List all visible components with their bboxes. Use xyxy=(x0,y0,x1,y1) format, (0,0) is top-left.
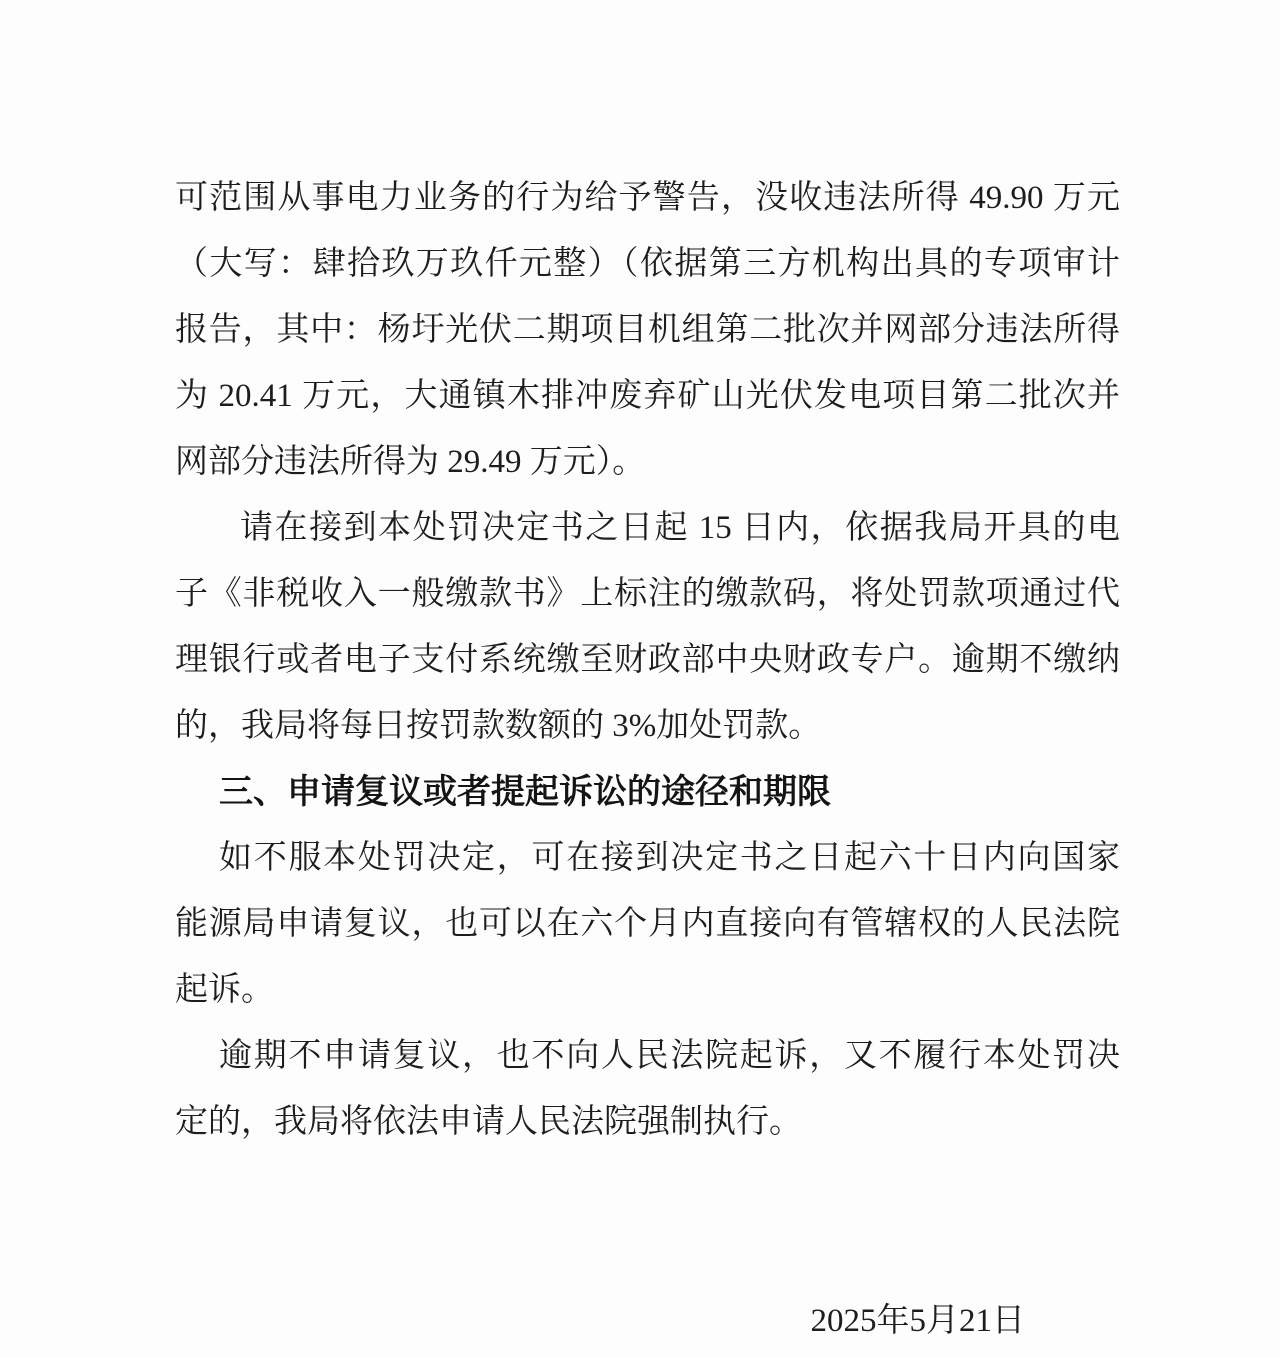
paragraph-line: 逾期不申请复议，也不向人民法院起诉，又不履行本处罚决 xyxy=(175,1023,1120,1089)
paragraph-line: 定的，我局将依法申请人民法院强制执行。 xyxy=(175,1089,1120,1155)
section-heading: 三、申请复议或者提起诉讼的途径和期限 xyxy=(175,759,1120,825)
paragraph-line: 可范围从事电力业务的行为给予警告，没收违法所得 49.90 万元 xyxy=(175,165,1120,231)
paragraph-line: 理银行或者电子支付系统缴至财政部中央财政专户。逾期不缴纳 xyxy=(175,627,1120,693)
paragraph-line: 起诉。 xyxy=(175,957,1120,1023)
paragraph-line: 能源局申请复议，也可以在六个月内直接向有管辖权的人民法院 xyxy=(175,891,1120,957)
paragraph-line: 请在接到本处罚决定书之日起 15 日内，依据我局开具的电 xyxy=(175,495,1120,561)
paragraph-line: 如不服本处罚决定，可在接到决定书之日起六十日内向国家 xyxy=(175,825,1120,891)
paragraph-line: 网部分违法所得为 29.49 万元）。 xyxy=(175,429,1120,495)
paragraph-line: 子《非税收入一般缴款书》上标注的缴款码，将处罚款项通过代 xyxy=(175,561,1120,627)
paragraph-line: 报告，其中：杨圩光伏二期项目机组第二批次并网部分违法所得 xyxy=(175,297,1120,363)
paragraph-line: （大写：肆拾玖万玖仟元整）（依据第三方机构出具的专项审计 xyxy=(175,231,1120,297)
document-page: 可范围从事电力业务的行为给予警告，没收违法所得 49.90 万元 （大写：肆拾玖… xyxy=(0,0,1280,1354)
document-date: 2025年5月21日 xyxy=(175,1288,1120,1354)
paragraph-line: 为 20.41 万元，大通镇木排冲废弃矿山光伏发电项目第二批次并 xyxy=(175,363,1120,429)
paragraph-line: 的，我局将每日按罚款数额的 3%加处罚款。 xyxy=(175,693,1120,759)
